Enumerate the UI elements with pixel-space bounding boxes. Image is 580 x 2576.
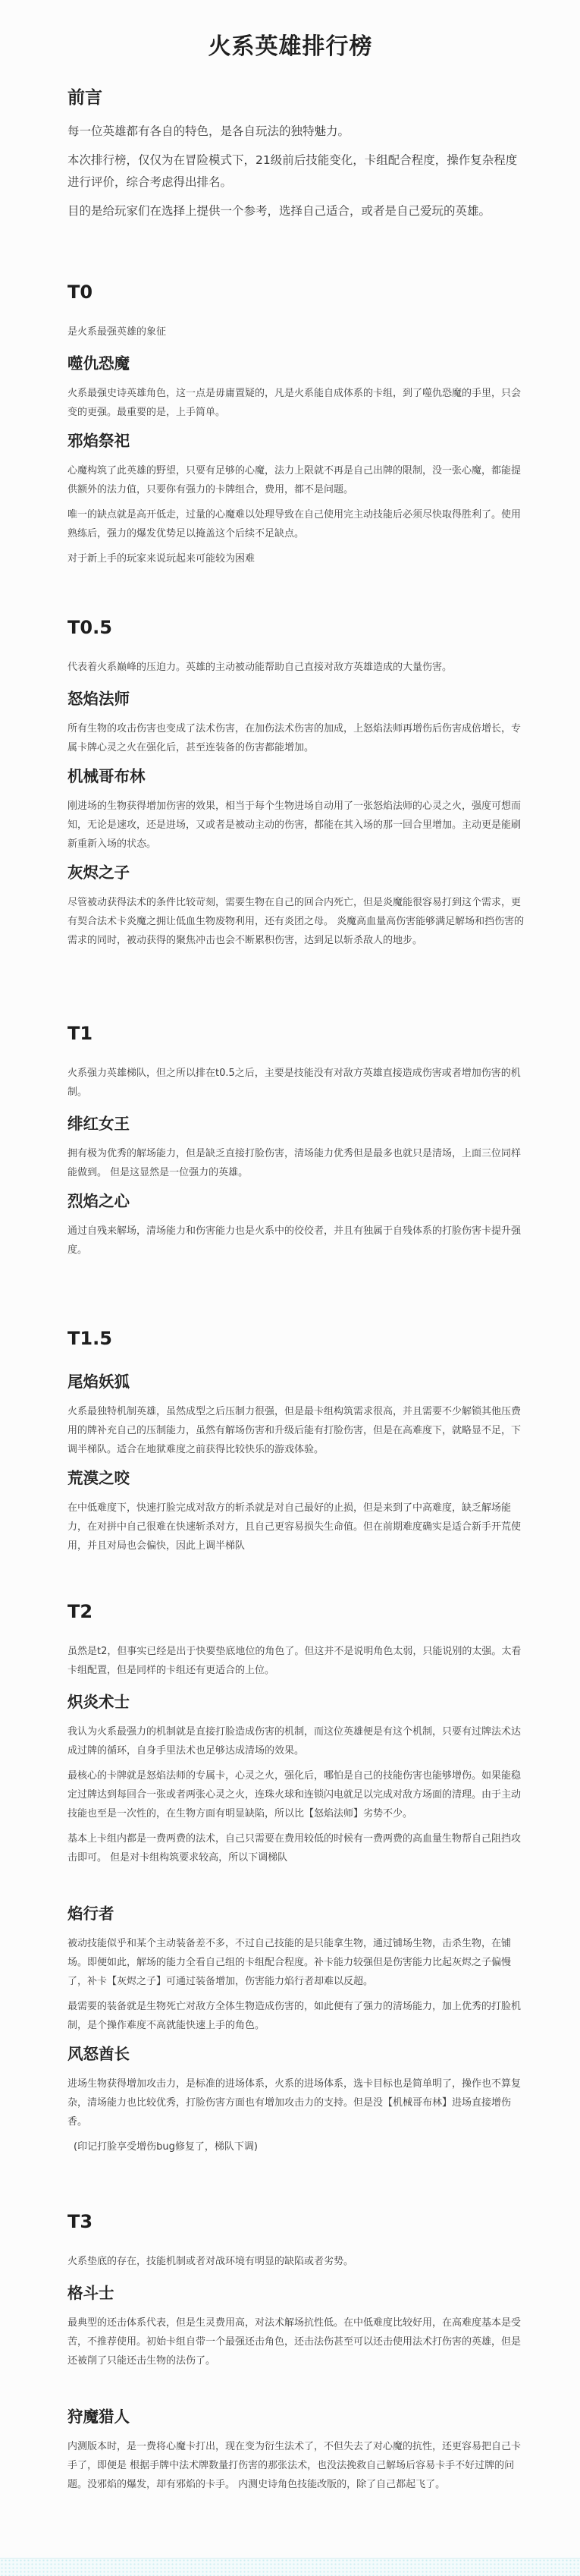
hero-entry: 绯红女王 拥有极为优秀的解场能力，但是缺乏直接打脸伤害，清场能力优秀但是最多也就… <box>67 1111 525 1182</box>
hero-paragraph: 唯一的缺点就是高开低走，过量的心魔难以处理导致在自己使用完主动技能后必须尽快取得… <box>67 505 525 543</box>
footer-pattern-strip <box>0 2558 580 2576</box>
hero-paragraph: 所有生物的攻击伤害也变成了法术伤害，在加伤法术伤害的加成，上怒焰法师再增伤后伤害… <box>67 719 525 757</box>
hero-paragraph: 最核心的卡牌就是怒焰法师的专属卡，心灵之火，强化后，哪怕是自己的技能伤害也能够增… <box>67 1766 525 1823</box>
tier-heading: T1.5 <box>67 1328 525 1349</box>
hero-entry: 邪焰祭祀 心魔构筑了此英雄的野望，只要有足够的心魔，法力上限就不再是自己出牌的限… <box>67 428 525 568</box>
hero-name: 格斗士 <box>67 2280 525 2303</box>
hero-paragraph: 被动技能似乎和某个主动装备差不多，不过自己技能的是只能拿生物，通过铺场生物，击杀… <box>67 1934 525 1991</box>
tier-description: 火系垫底的存在，技能机制或者对战环境有明显的缺陷或者劣势。 <box>67 2252 525 2271</box>
tier-description: 火系强力英雄梯队，但之所以排在t0.5之后，主要是技能没有对敌方英雄直接造成伤害… <box>67 1064 525 1102</box>
hero-entry: 怒焰法师 所有生物的攻击伤害也变成了法术伤害，在加伤法术伤害的加成，上怒焰法师再… <box>67 686 525 757</box>
hero-paragraph: 内测版本时，是一费将心魔卡打出，现在变为衍生法术了，不但失去了对心魔的抗性，还更… <box>67 2437 525 2494</box>
hero-name: 焰行者 <box>67 1901 525 1923</box>
intro-paragraph: 本次排行榜，仅仅为在冒险模式下，21级前后技能变化，卡组配合程度，操作复杂程度进… <box>67 149 525 193</box>
hero-entry: 格斗士 最典型的还击体系代表，但是生灵费用高，对法术解场抗性低。在中低难度比较好… <box>67 2280 525 2370</box>
hero-name: 邪焰祭祀 <box>67 428 525 451</box>
hero-name: 绯红女王 <box>67 1111 525 1134</box>
hero-name: 噬仇恐魔 <box>67 351 525 373</box>
intro-paragraph: 每一位英雄都有各自的特色，是各自玩法的独特魅力。 <box>67 121 525 143</box>
hero-name: 烈焰之心 <box>67 1188 525 1211</box>
hero-paragraph: 在中低难度下，快速打脸完成对敌方的斩杀就是对自己最好的止损，但是来到了中高难度，… <box>67 1499 525 1555</box>
hero-entry: 灰烬之子 尽管被动获得法术的条件比较苛刻，需要生物在自己的回合内死亡，但是炎魔能… <box>67 860 525 950</box>
hero-paragraph: 心魔构筑了此英雄的野望，只要有足够的心魔，法力上限就不再是自己出牌的限制，没一张… <box>67 461 525 499</box>
hero-name: 尾焰妖狐 <box>67 1369 525 1392</box>
hero-paragraph: 尽管被动获得法术的条件比较苛刻，需要生物在自己的回合内死亡，但是炎魔能很容易打到… <box>67 893 525 950</box>
tier-heading: T3 <box>67 2211 525 2232</box>
tier-t1-5: T1.5 尾焰妖狐 火系最独特机制英雄，虽然成型之后压制力很强，但是最卡组构筑需… <box>67 1328 525 1555</box>
hero-paragraph: 火系最强史诗英雄角色，这一点是毋庸置疑的，凡是火系能自成体系的卡组，到了噬仇恐魔… <box>67 384 525 422</box>
hero-name: 怒焰法师 <box>67 686 525 709</box>
hero-entry: 烈焰之心 通过自残来解场，清场能力和伤害能力也是火系中的佼佼者，并且有独属于自残… <box>67 1188 525 1260</box>
tier-heading: T0.5 <box>67 617 525 638</box>
intro-heading: 前言 <box>67 83 525 109</box>
hero-name: 风怒酋长 <box>67 2041 525 2064</box>
hero-entry: 风怒酋长 进场生物获得增加攻击力，是标准的进场体系，火系的进场体系，选卡目标也是… <box>67 2041 525 2156</box>
hero-paragraph: 进场生物获得增加攻击力，是标准的进场体系，火系的进场体系，选卡目标也是简单明了，… <box>67 2074 525 2131</box>
hero-paragraph: 对于新上手的玩家来说玩起来可能较为困难 <box>67 549 525 568</box>
hero-entry: 炽炎术士 我认为火系最强力的机制就是直接打脸造成伤害的机制，而这位英雄便是有这个… <box>67 1689 525 1867</box>
hero-entry: 尾焰妖狐 火系最独特机制英雄，虽然成型之后压制力很强，但是最卡组构筑需求很高，并… <box>67 1369 525 1459</box>
page-title: 火系英雄排行榜 <box>55 27 525 61</box>
tier-t3: T3 火系垫底的存在，技能机制或者对战环境有明显的缺陷或者劣势。 格斗士 最典型… <box>67 2211 525 2494</box>
hero-paragraph: 基本上卡组内都是一费两费的法术，自己只需要在费用较低的时候有一费两费的高血量生物… <box>67 1829 525 1867</box>
hero-entry: 焰行者 被动技能似乎和某个主动装备差不多，不过自己技能的是只能拿生物，通过铺场生… <box>67 1901 525 2035</box>
hero-name: 灰烬之子 <box>67 860 525 882</box>
hero-paragraph: 火系最独特机制英雄，虽然成型之后压制力很强，但是最卡组构筑需求很高，并且需要不少… <box>67 1402 525 1459</box>
intro-section: 前言 每一位英雄都有各自的特色，是各自玩法的独特魅力。 本次排行榜，仅仅为在冒险… <box>67 83 525 222</box>
tier-heading: T2 <box>67 1601 525 1622</box>
hero-name: 炽炎术士 <box>67 1689 525 1712</box>
tier-t0-5: T0.5 代表着火系巅峰的压迫力。英雄的主动被动能帮助自己直接对敌方英雄造成的大… <box>67 617 525 950</box>
hero-entry: 噬仇恐魔 火系最强史诗英雄角色，这一点是毋庸置疑的，凡是火系能自成体系的卡组，到… <box>67 351 525 422</box>
tier-heading: T1 <box>67 1023 525 1044</box>
hero-note: (印记打脸享受增伤bug修复了，梯队下调) <box>67 2137 525 2156</box>
tier-t0: T0 是火系最强英雄的象征 噬仇恐魔 火系最强史诗英雄角色，这一点是毋庸置疑的，… <box>67 282 525 568</box>
hero-name: 荒漠之咬 <box>67 1465 525 1488</box>
tier-t2: T2 虽然是t2，但事实已经是出于快要垫底地位的角色了。但这并不是说明角色太弱，… <box>67 1601 525 2156</box>
hero-name: 狩魔猎人 <box>67 2404 525 2427</box>
article: 火系英雄排行榜 前言 每一位英雄都有各自的特色，是各自玩法的独特魅力。 本次排行… <box>0 0 580 2559</box>
hero-paragraph: 刚进场的生物获得增加伤害的效果，相当于每个生物进场自动用了一张怒焰法师的心灵之火… <box>67 797 525 854</box>
hero-paragraph: 最需要的装备就是生物死亡对敌方全体生物造成伤害的，如此便有了强力的清场能力，加上… <box>67 1997 525 2035</box>
tier-t1: T1 火系强力英雄梯队，但之所以排在t0.5之后，主要是技能没有对敌方英雄直接造… <box>67 1023 525 1260</box>
tier-description: 是火系最强英雄的象征 <box>67 322 525 341</box>
hero-entry: 狩魔猎人 内测版本时，是一费将心魔卡打出，现在变为衍生法术了，不但失去了对心魔的… <box>67 2404 525 2494</box>
hero-entry: 机械哥布林 刚进场的生物获得增加伤害的效果，相当于每个生物进场自动用了一张怒焰法… <box>67 763 525 854</box>
hero-entry: 荒漠之咬 在中低难度下，快速打脸完成对敌方的斩杀就是对自己最好的止损，但是来到了… <box>67 1465 525 1555</box>
hero-paragraph: 最典型的还击体系代表，但是生灵费用高，对法术解场抗性低。在中低难度比较好用，在高… <box>67 2313 525 2370</box>
hero-paragraph: 我认为火系最强力的机制就是直接打脸造成伤害的机制，而这位英雄便是有这个机制，只要… <box>67 1722 525 1760</box>
tier-heading: T0 <box>67 282 525 303</box>
hero-name: 机械哥布林 <box>67 763 525 786</box>
tier-description: 虽然是t2，但事实已经是出于快要垫底地位的角色了。但这并不是说明角色太弱，只能说… <box>67 1642 525 1680</box>
hero-paragraph: 通过自残来解场，清场能力和伤害能力也是火系中的佼佼者，并且有独属于自残体系的打脸… <box>67 1222 525 1260</box>
hero-paragraph: 拥有极为优秀的解场能力，但是缺乏直接打脸伤害，清场能力优秀但是最多也就只是清场，… <box>67 1144 525 1182</box>
tier-description: 代表着火系巅峰的压迫力。英雄的主动被动能帮助自己直接对敌方英雄造成的大量伤害。 <box>67 658 525 677</box>
intro-paragraph: 目的是给玩家们在选择上提供一个参考，选择自己适合，或者是自己爱玩的英雄。 <box>67 200 525 222</box>
